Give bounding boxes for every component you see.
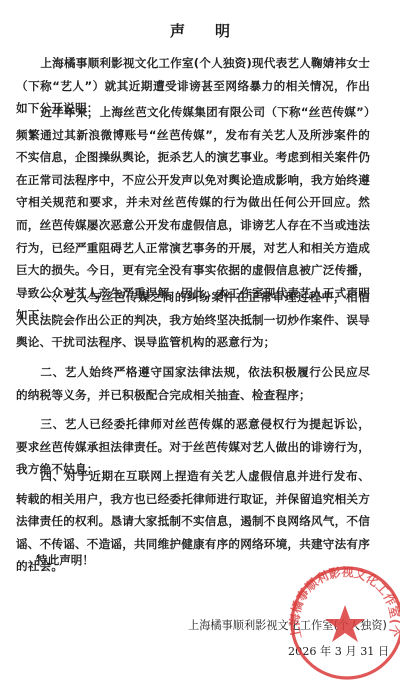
title-char-2: 明 — [215, 20, 230, 41]
signature-date: 2026 年 3 月 31 日 — [288, 643, 389, 659]
title-char-1: 声 — [170, 20, 185, 41]
closing-text: 特此声明！ — [36, 552, 94, 568]
signature-organization: 上海橘事顺利影视文化工作室(个人独资) — [188, 617, 387, 633]
document-title: 声明 — [0, 20, 400, 41]
statement-document: 声明 上海橘事顺利影视文化工作室(个人独资)现代表艺人鞠婧祎女士（下称“艺人”）… — [0, 0, 400, 691]
point-one-paragraph: 一、艺人与丝芭传媒之间的纠纷案件在正常审理过程中，相信人民法院会作出公正的判决，… — [16, 286, 370, 354]
point-two-paragraph: 二、艺人始终严格遵守国家法律法规，依法积极履行公民应尽的纳税等义务，并已积极配合… — [16, 361, 370, 406]
